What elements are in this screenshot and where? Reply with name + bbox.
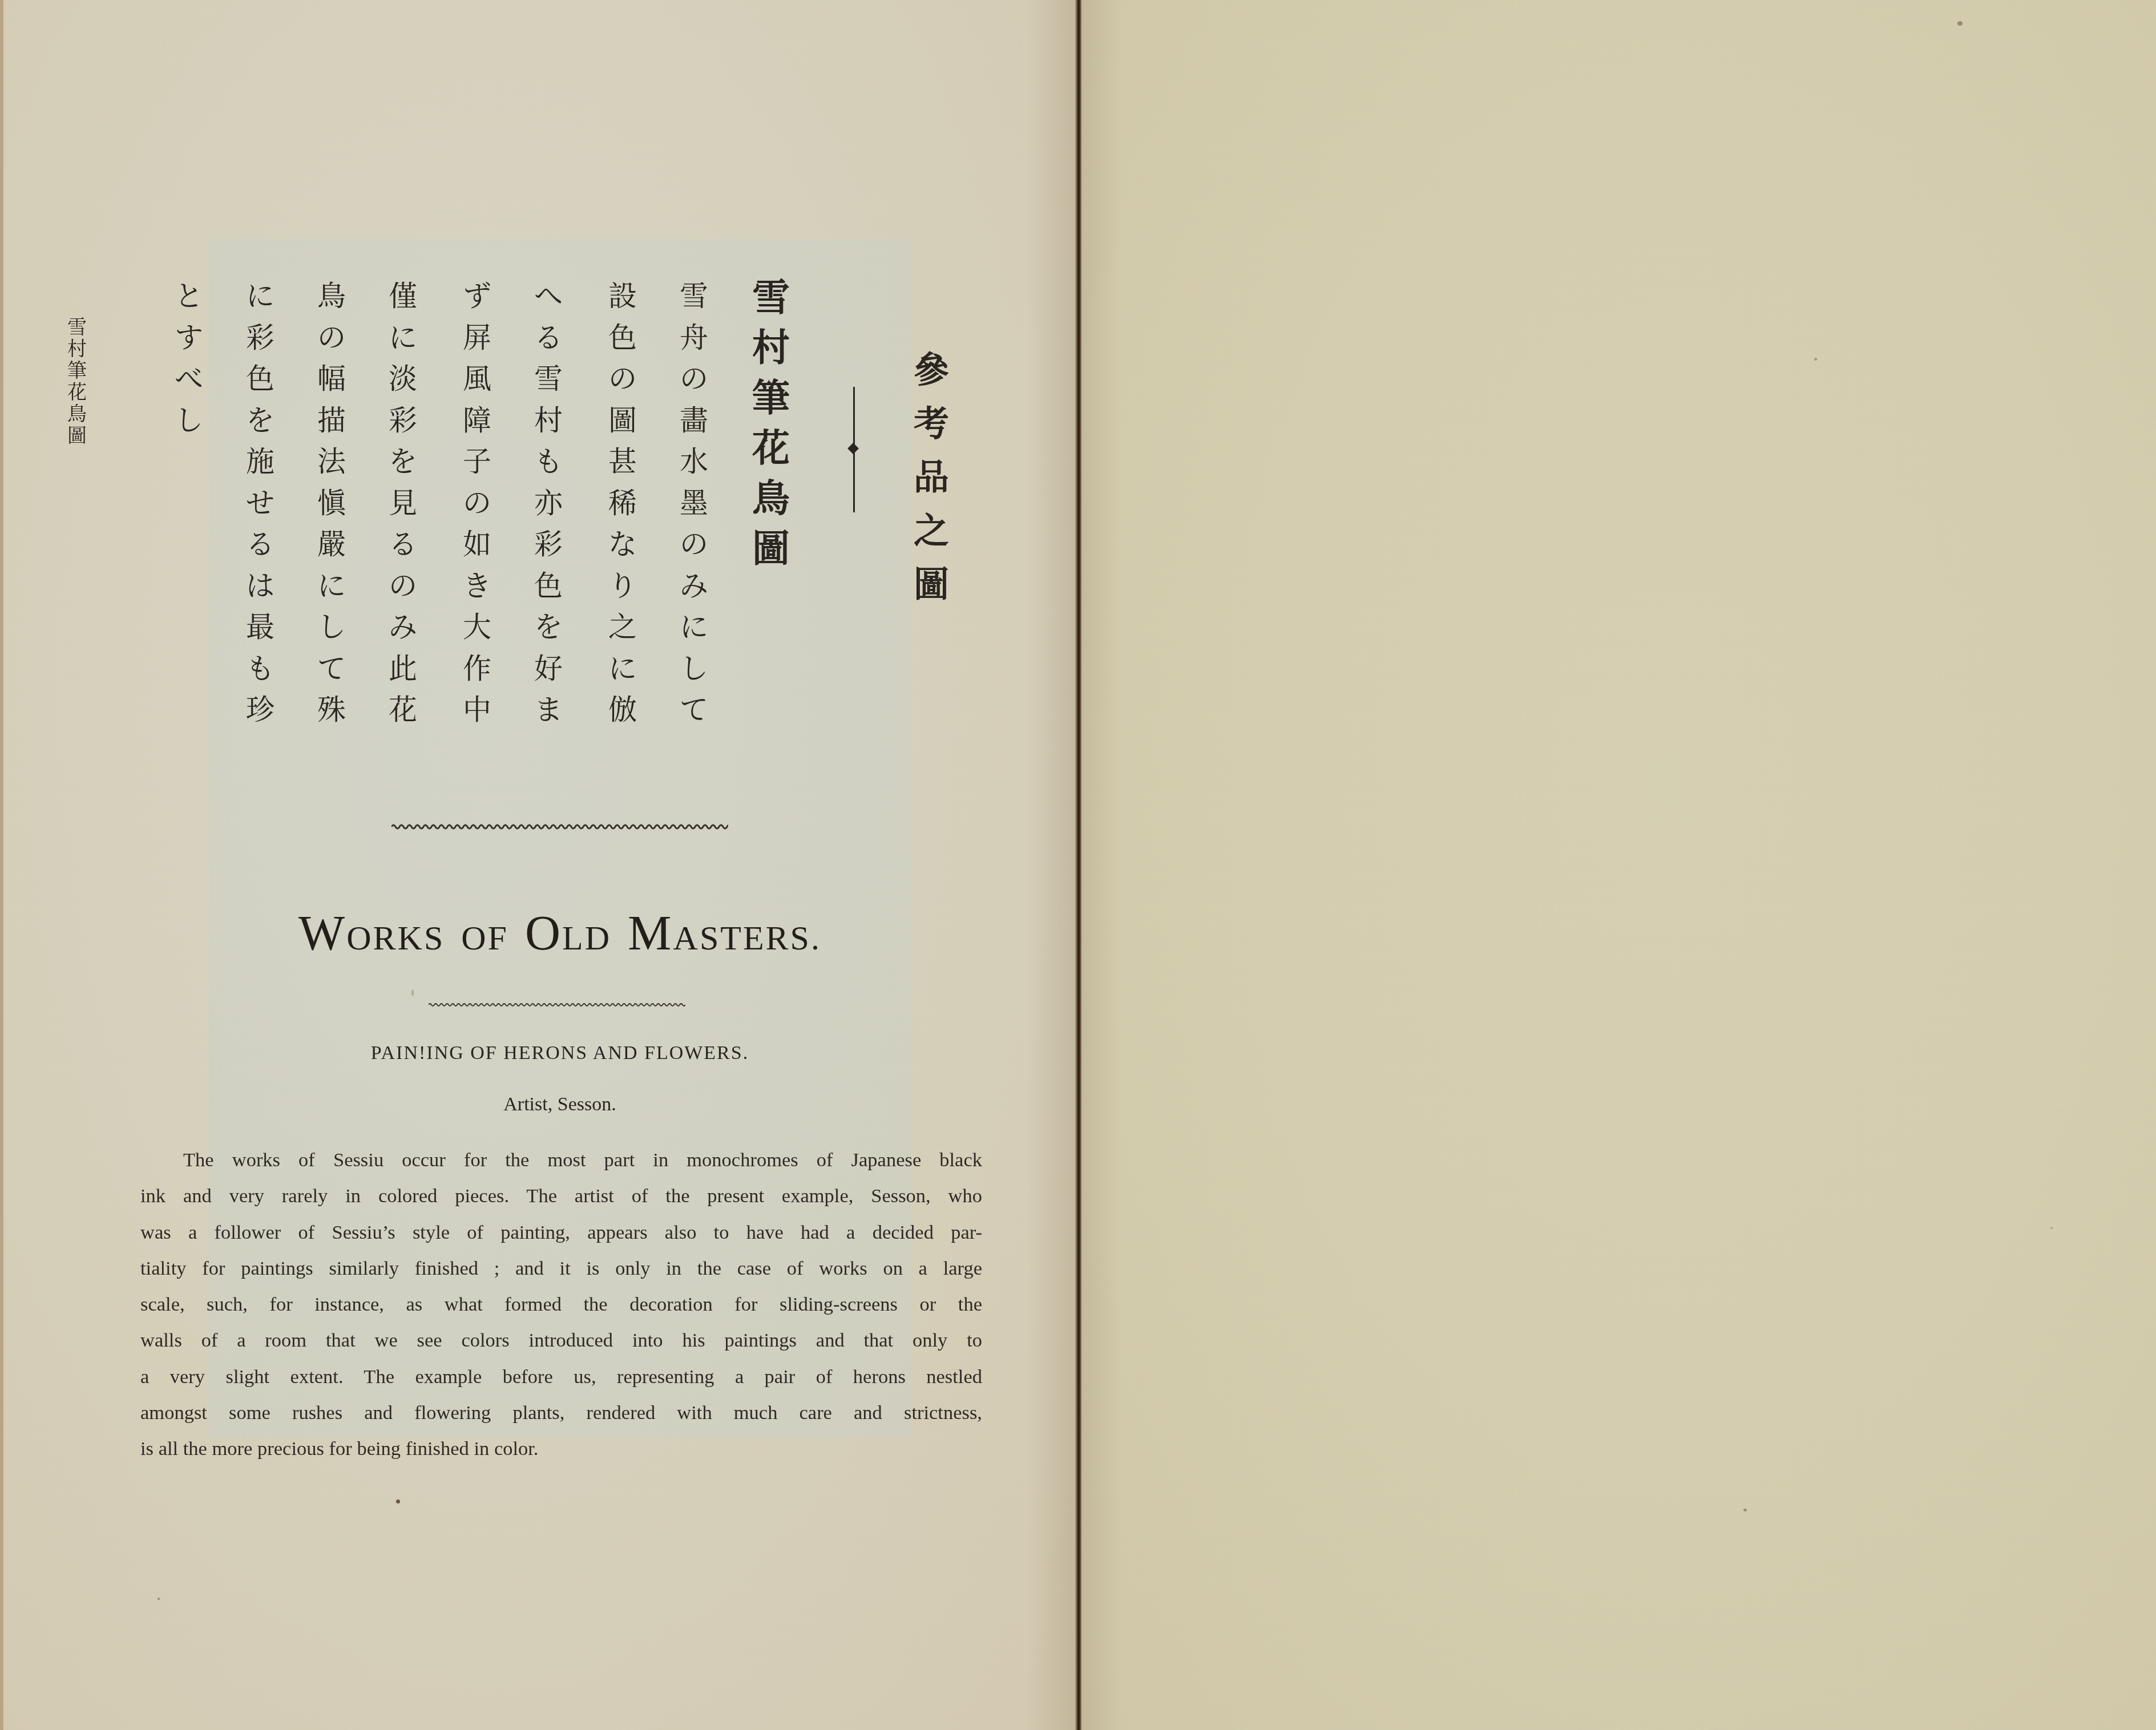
japanese-char: の (389, 565, 417, 607)
paper-speck (158, 1598, 160, 1600)
japanese-char: 色 (608, 317, 637, 359)
japanese-char: 作 (463, 648, 491, 690)
japanese-char: み (680, 565, 708, 607)
section-title-char: 圖 (914, 558, 949, 612)
side-label-char: 鳥 (67, 403, 87, 425)
japanese-char: の (680, 358, 708, 400)
side-label-char: 雪 (67, 317, 87, 338)
japanese-char: の (317, 317, 346, 359)
title-char: 雪 (752, 273, 790, 323)
japanese-char: を (389, 441, 417, 483)
japanese-char: る (534, 317, 563, 359)
section-title: 參 考 品 之 圖 (914, 343, 949, 612)
japanese-char: 中 (463, 689, 491, 731)
title-char: 村 (752, 323, 790, 373)
japanese-column: ず屏風障子の如き大作中 (463, 276, 491, 731)
japanese-char: の (608, 358, 637, 400)
paragraph-line: is all the more precious for being finis… (140, 1431, 982, 1467)
japanese-char: 此 (389, 648, 417, 690)
japanese-char: と (175, 276, 203, 317)
japanese-column: 雪舟の畵水墨のみにして (680, 276, 708, 731)
side-label-char: 花 (67, 382, 87, 403)
japanese-char: し (175, 400, 203, 442)
japanese-column: 鳥の幅描法愼嚴にして殊 (317, 276, 346, 731)
japanese-char: 村 (534, 400, 563, 442)
title-char: 筆 (752, 373, 790, 423)
japanese-char: き (463, 565, 491, 607)
japanese-column: へる雪村も亦彩色を好ま (534, 276, 563, 731)
japanese-char: 水 (680, 441, 708, 483)
wavy-divider-bottom (429, 1001, 685, 1009)
japanese-char: 屏 (463, 317, 491, 359)
japanese-char: 淡 (389, 358, 417, 400)
japanese-char: も (246, 648, 274, 690)
section-title-char: 考 (914, 397, 949, 451)
paragraph-line: amongst some rushes and flowering plants… (140, 1395, 982, 1431)
japanese-char: の (463, 483, 491, 524)
japanese-char: 嚴 (317, 524, 346, 565)
side-label-char: 村 (67, 338, 87, 360)
title-initial: M (628, 906, 673, 960)
paragraph-line: The works of Sessiu occur for the most p… (140, 1142, 982, 1178)
paragraph-line: tiality for paintings similarly finished… (140, 1251, 982, 1287)
japanese-char: に (608, 648, 637, 690)
japanese-char: な (608, 524, 637, 565)
japanese-column: に彩色を施せるは最も珍 (246, 276, 274, 731)
japanese-char: 之 (608, 607, 637, 648)
japanese-char: す (175, 317, 203, 359)
title-initial: O (525, 906, 562, 960)
japanese-char: 圖 (608, 400, 637, 442)
japanese-char: 花 (389, 689, 417, 731)
japanese-char: る (389, 524, 417, 565)
side-label-char: 圖 (67, 425, 87, 447)
japanese-char: 好 (534, 648, 563, 690)
japanese-char: 僅 (389, 276, 417, 317)
paragraph-line: walls of a room that we see colors intro… (140, 1323, 982, 1359)
japanese-char: 設 (608, 276, 637, 317)
japanese-column: 僅に淡彩を見るのみ此花 (389, 276, 417, 731)
japanese-char: 倣 (608, 689, 637, 731)
paper-speck (1743, 1509, 1747, 1511)
side-running-title: 雪 村 筆 花 鳥 圖 (67, 317, 87, 447)
paragraph-line: ink and very rarely in colored pieces. T… (140, 1178, 982, 1214)
japanese-char: し (680, 648, 708, 690)
japanese-char: ま (534, 689, 563, 731)
section-title-char: 品 (914, 451, 949, 504)
japanese-title: 雪 村 筆 花 鳥 圖 (752, 273, 790, 574)
painting-subtitle: PAIN!ING OF HERONS AND FLOWERS. (209, 1042, 911, 1064)
english-title: WORKS OF OLD MASTERS. (209, 904, 911, 961)
paper-speck (1814, 358, 1817, 361)
japanese-char: 彩 (534, 524, 563, 565)
title-char: 鳥 (752, 474, 790, 524)
japanese-char: は (246, 565, 274, 607)
japanese-char: 愼 (317, 483, 346, 524)
japanese-char: み (389, 607, 417, 648)
paragraph-line: a very slight extent. The example before… (140, 1359, 982, 1395)
right-page-blank (1080, 0, 2156, 1730)
japanese-char: 舟 (680, 317, 708, 359)
japanese-char: も (534, 441, 563, 483)
japanese-char: ず (463, 276, 491, 317)
gutter-shadow-right (1082, 0, 1122, 1730)
section-title-char: 之 (914, 504, 949, 558)
title-initial: W (298, 906, 346, 960)
japanese-char: し (317, 607, 346, 648)
japanese-column: とすべし (175, 276, 203, 441)
japanese-column: 設色の圖甚稀なり之に倣 (608, 276, 637, 731)
japanese-char: 珍 (246, 689, 274, 731)
japanese-char: 色 (534, 565, 563, 607)
japanese-char: て (317, 648, 346, 690)
paragraph-line: scale, such, for instance, as what forme… (140, 1287, 982, 1323)
japanese-char: て (680, 689, 708, 731)
japanese-char: 稀 (608, 483, 637, 524)
japanese-char: 如 (463, 524, 491, 565)
japanese-char: 畵 (680, 400, 708, 442)
japanese-char: 鳥 (317, 276, 346, 317)
japanese-char: り (608, 565, 637, 607)
title-word: LD (562, 919, 611, 957)
title-word: ORKS (346, 919, 445, 957)
japanese-char: 彩 (389, 400, 417, 442)
wavy-divider-top (391, 822, 728, 832)
japanese-char: へ (534, 276, 563, 317)
japanese-char: る (246, 524, 274, 565)
japanese-char: 色 (246, 358, 274, 400)
side-label-char: 筆 (67, 360, 87, 382)
japanese-char: 墨 (680, 483, 708, 524)
description-paragraph: The works of Sessiu occur for the most p… (140, 1142, 982, 1468)
section-title-char: 參 (914, 343, 949, 397)
japanese-char: 見 (389, 483, 417, 524)
japanese-char: に (389, 317, 417, 359)
japanese-char: べ (175, 358, 203, 400)
artist-line: Artist, Sesson. (209, 1094, 911, 1115)
gutter-shadow-left (1027, 0, 1075, 1730)
book-gutter (1075, 0, 1082, 1730)
paper-speck (2050, 1227, 2053, 1229)
japanese-char: 最 (246, 607, 274, 648)
japanese-char: せ (246, 483, 274, 524)
japanese-char: 障 (463, 400, 491, 442)
japanese-char: の (680, 524, 708, 565)
japanese-char: に (317, 565, 346, 607)
title-char: 花 (752, 423, 790, 474)
paper-speck (1957, 21, 1963, 26)
japanese-char: 大 (463, 607, 491, 648)
title-char: 圖 (752, 524, 790, 574)
title-word: ASTERS. (673, 919, 821, 957)
japanese-char: 亦 (534, 483, 563, 524)
japanese-char: 法 (317, 441, 346, 483)
japanese-char: 幅 (317, 358, 346, 400)
japanese-char: 雪 (680, 276, 708, 317)
japanese-char: を (246, 400, 274, 442)
japanese-char: を (534, 607, 563, 648)
japanese-char: 雪 (534, 358, 563, 400)
japanese-char: 子 (463, 441, 491, 483)
japanese-char: に (246, 276, 274, 317)
japanese-char: 風 (463, 358, 491, 400)
japanese-char: に (680, 607, 708, 648)
paper-speck (396, 1499, 400, 1503)
title-word: OF (461, 919, 508, 957)
japanese-char: 施 (246, 441, 274, 483)
paper-speck (411, 990, 414, 996)
left-page: 雪 村 筆 花 鳥 圖 參 考 品 之 圖 雪 村 筆 花 鳥 圖 雪舟の畵水墨… (0, 0, 1080, 1730)
japanese-char: 殊 (317, 689, 346, 731)
paragraph-line: was a follower of Sessiu’s style of pain… (140, 1215, 982, 1251)
japanese-char: 彩 (246, 317, 274, 359)
japanese-char: 描 (317, 400, 346, 442)
japanese-char: 甚 (608, 441, 637, 483)
